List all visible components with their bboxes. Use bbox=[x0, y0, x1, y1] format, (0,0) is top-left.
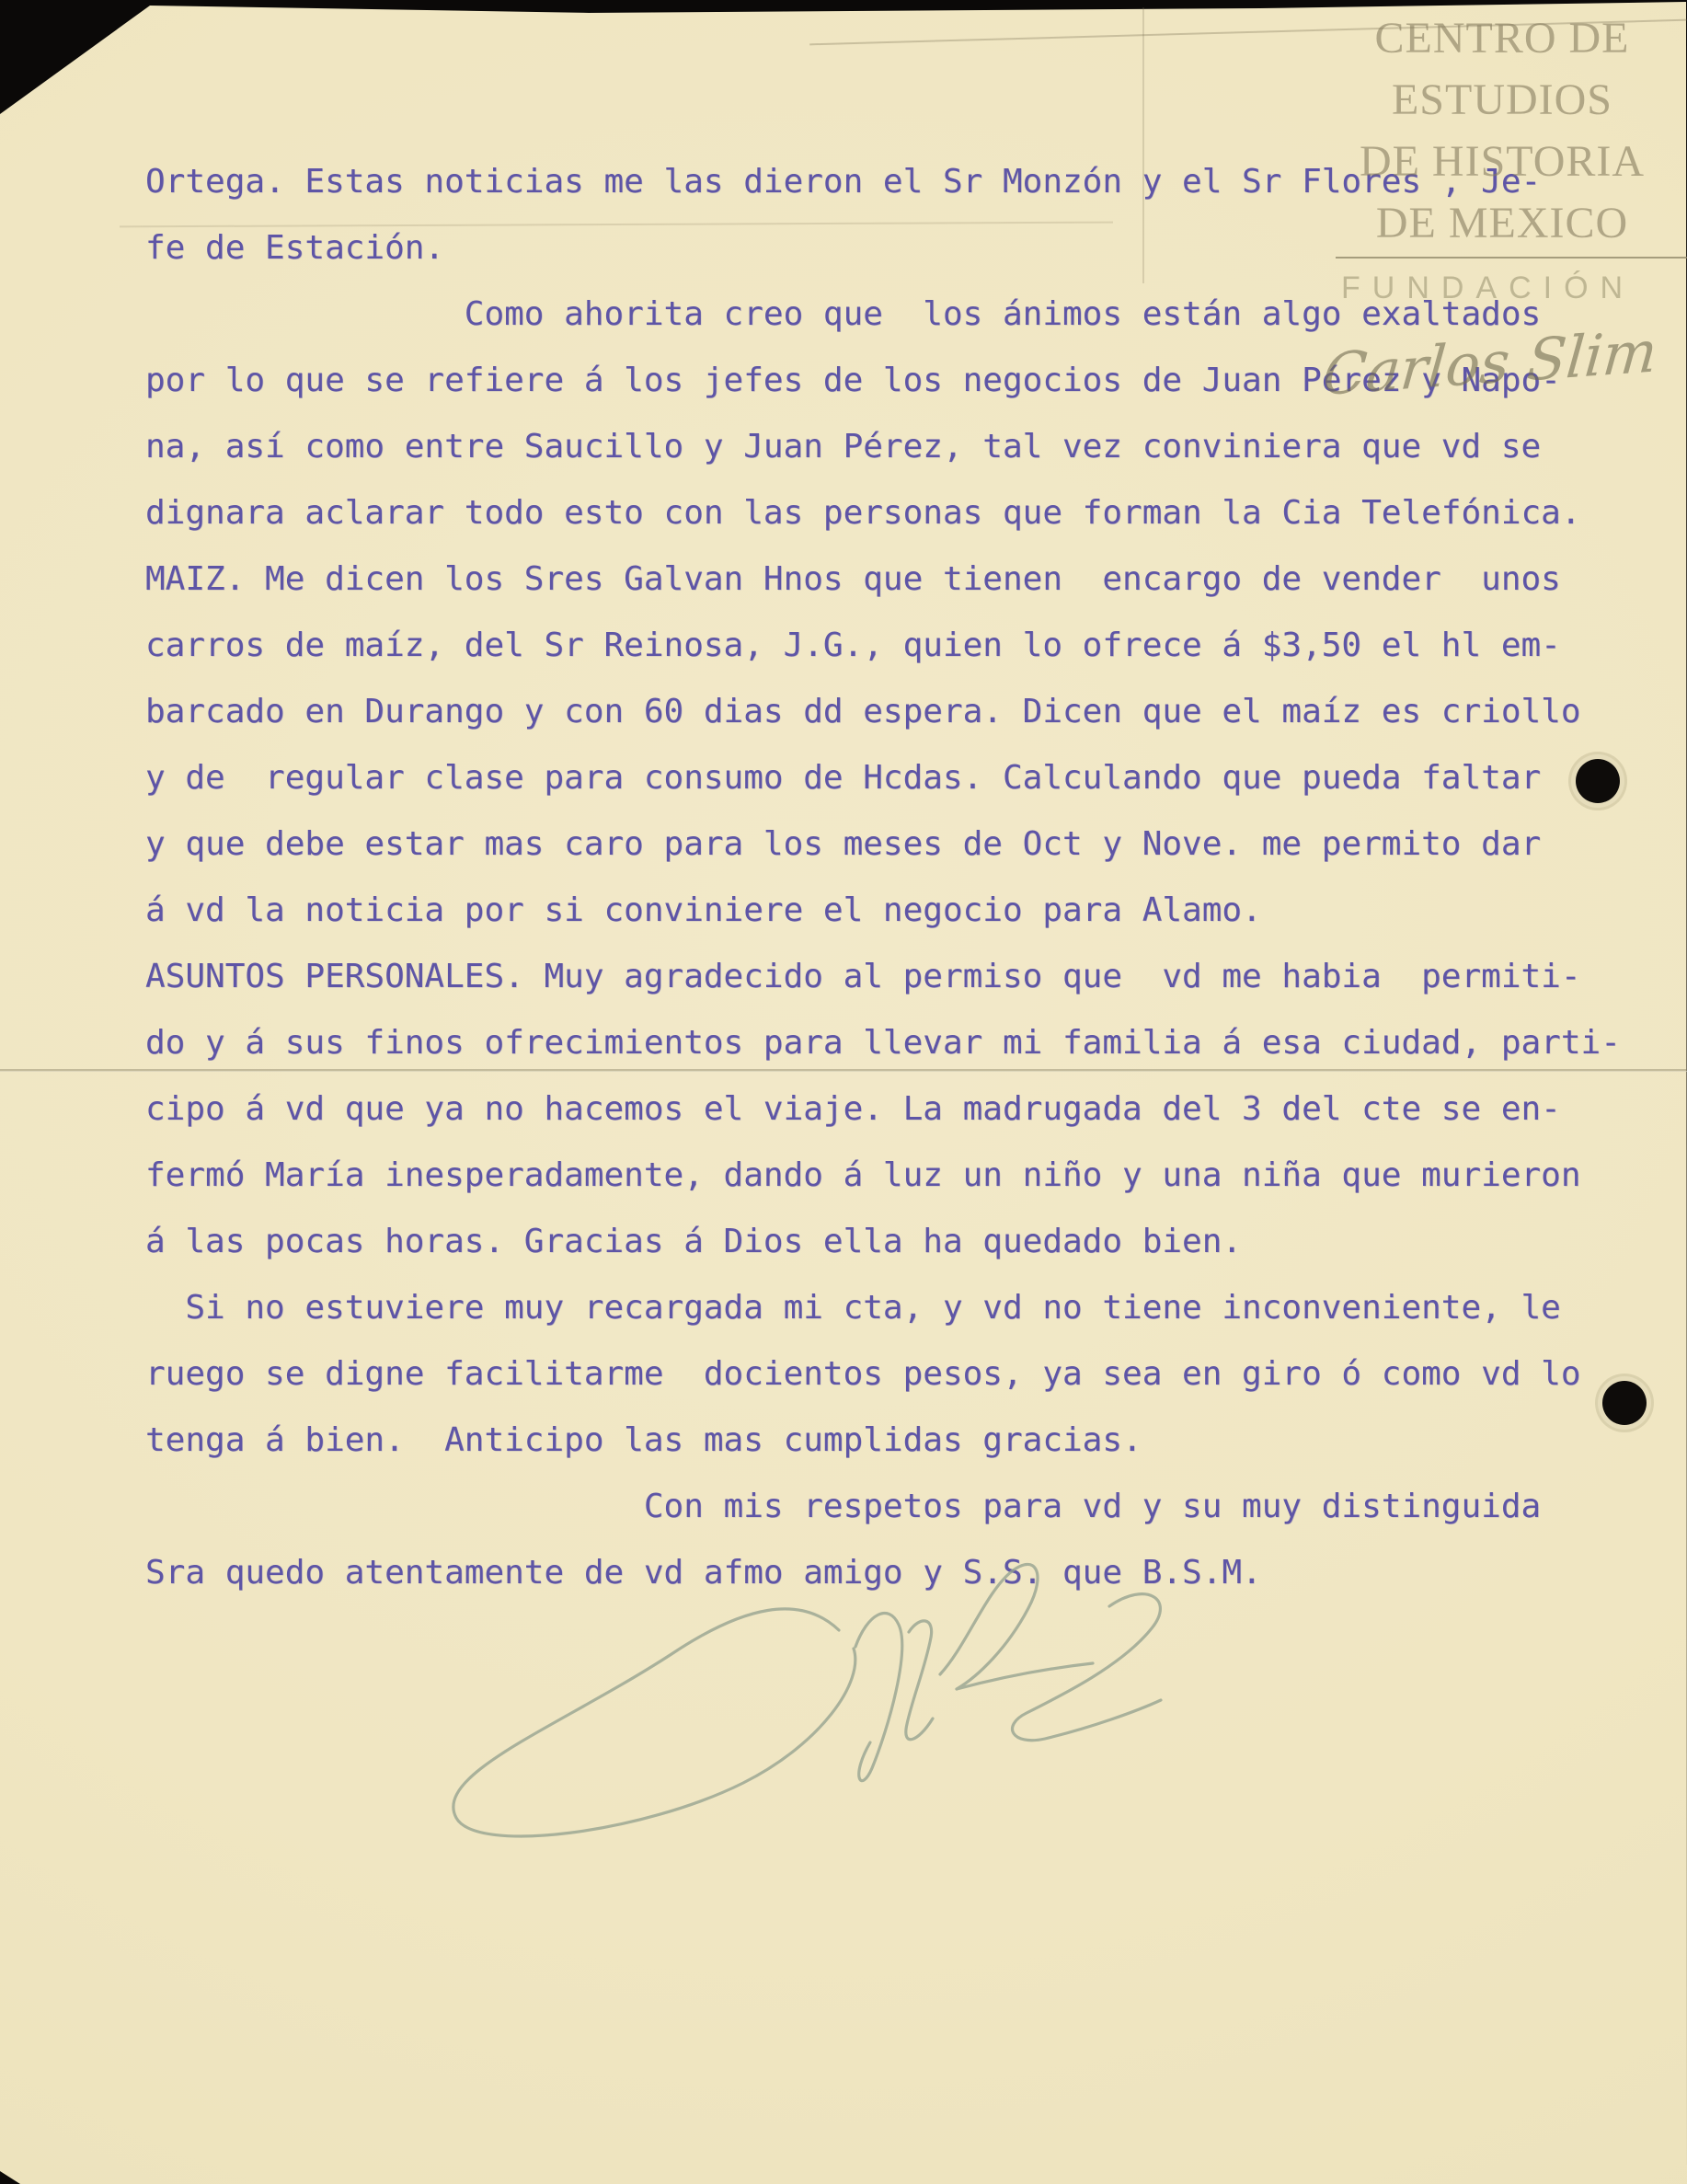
letter-line: ruego se digne facilitarme docientos pes… bbox=[145, 1341, 1621, 1408]
letter-line: y de regular clase para consumo de Hcdas… bbox=[145, 745, 1621, 811]
letter-line: Si no estuviere muy recargada mi cta, y … bbox=[145, 1275, 1621, 1341]
letter-line: barcado en Durango y con 60 dias dd espe… bbox=[145, 679, 1621, 745]
punch-hole bbox=[1602, 1381, 1647, 1425]
letter-line: fe de Estación. bbox=[145, 215, 1621, 282]
letter-line: á las pocas horas. Gracias á Dios ella h… bbox=[145, 1209, 1621, 1275]
letter-line: ASUNTOS PERSONALES. Muy agradecido al pe… bbox=[145, 944, 1621, 1010]
letter-line: Ortega. Estas noticias me las dieron el … bbox=[145, 149, 1621, 215]
letter-line: Con mis respetos para vd y su muy distin… bbox=[145, 1474, 1621, 1540]
letter-line: y que debe estar mas caro para los meses… bbox=[145, 811, 1621, 878]
letter-line: dignara aclarar todo esto con las person… bbox=[145, 480, 1621, 546]
letter-line: carros de maíz, del Sr Reinosa, J.G., qu… bbox=[145, 613, 1621, 679]
letter-line: na, así como entre Saucillo y Juan Pérez… bbox=[145, 414, 1621, 480]
punch-hole bbox=[1576, 759, 1620, 803]
letter-body: Ortega. Estas noticias me las dieron el … bbox=[145, 149, 1621, 1606]
handwritten-signature bbox=[368, 1536, 1177, 1849]
scanned-letter-page: Ortega. Estas noticias me las dieron el … bbox=[0, 0, 1687, 2184]
letter-line: á vd la noticia por si conviniere el neg… bbox=[145, 878, 1621, 944]
letter-line: do y á sus finos ofrecimientos para llev… bbox=[145, 1010, 1621, 1076]
letter-line: MAIZ. Me dicen los Sres Galvan Hnos que … bbox=[145, 546, 1621, 613]
letter-line: fermó María inesperadamente, dando á luz… bbox=[145, 1143, 1621, 1209]
letter-line: cipo á vd que ya no hacemos el viaje. La… bbox=[145, 1076, 1621, 1143]
letter-line: por lo que se refiere á los jefes de los… bbox=[145, 348, 1621, 414]
letter-line: Como ahorita creo que los ánimos están a… bbox=[145, 282, 1621, 348]
letter-line: tenga á bien. Anticipo las mas cumplidas… bbox=[145, 1408, 1621, 1474]
